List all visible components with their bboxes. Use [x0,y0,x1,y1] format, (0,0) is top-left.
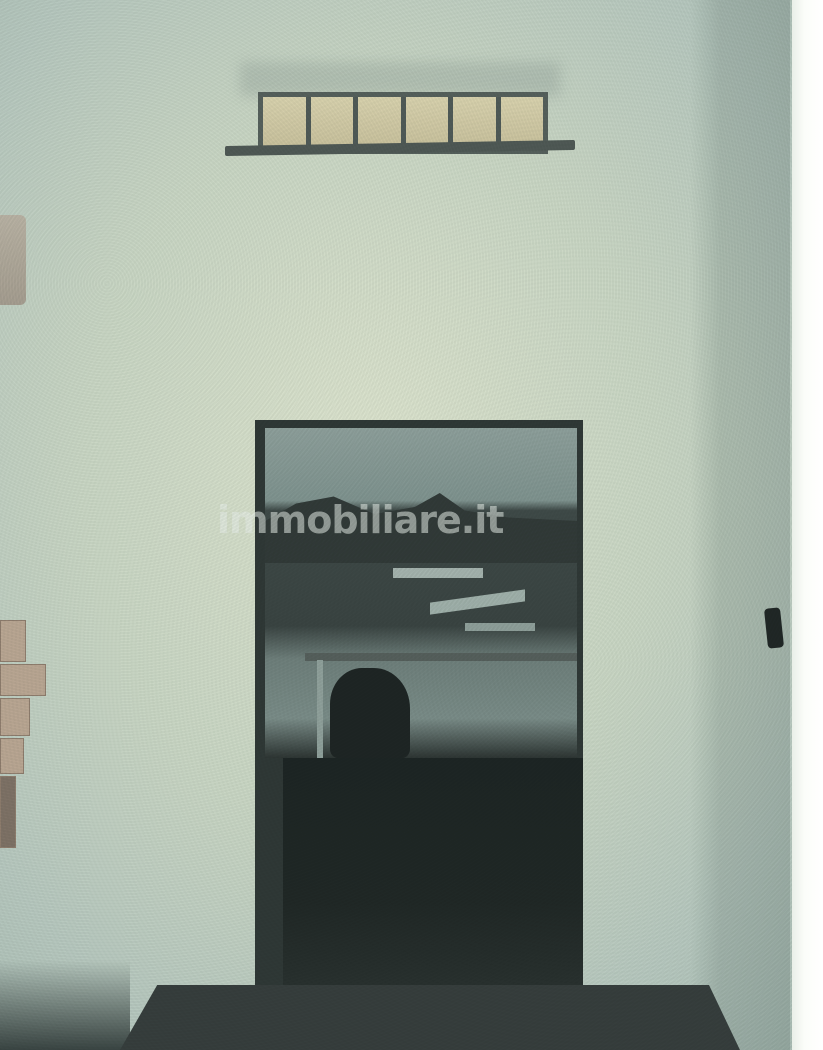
exposed-brick [0,620,46,860]
transom-recess [240,62,560,96]
watermark: immobiliare.it [217,498,617,542]
exposed-stone [0,215,26,305]
floor-step [120,985,740,1050]
balcony-railing [305,653,577,661]
listing-photo: immobiliare.it [0,0,823,1050]
floor-shadow [0,960,130,1050]
window-pane [311,97,359,150]
rooftop [465,623,535,631]
right-edge-strip [792,0,823,1050]
doorway-view [265,428,577,758]
light-switch [764,607,784,648]
rooftop [430,589,525,614]
railing-post [317,660,323,758]
doorway-lower-dark [283,758,583,998]
window-pane [263,97,311,150]
rooftop [393,568,483,578]
tree [330,668,410,758]
